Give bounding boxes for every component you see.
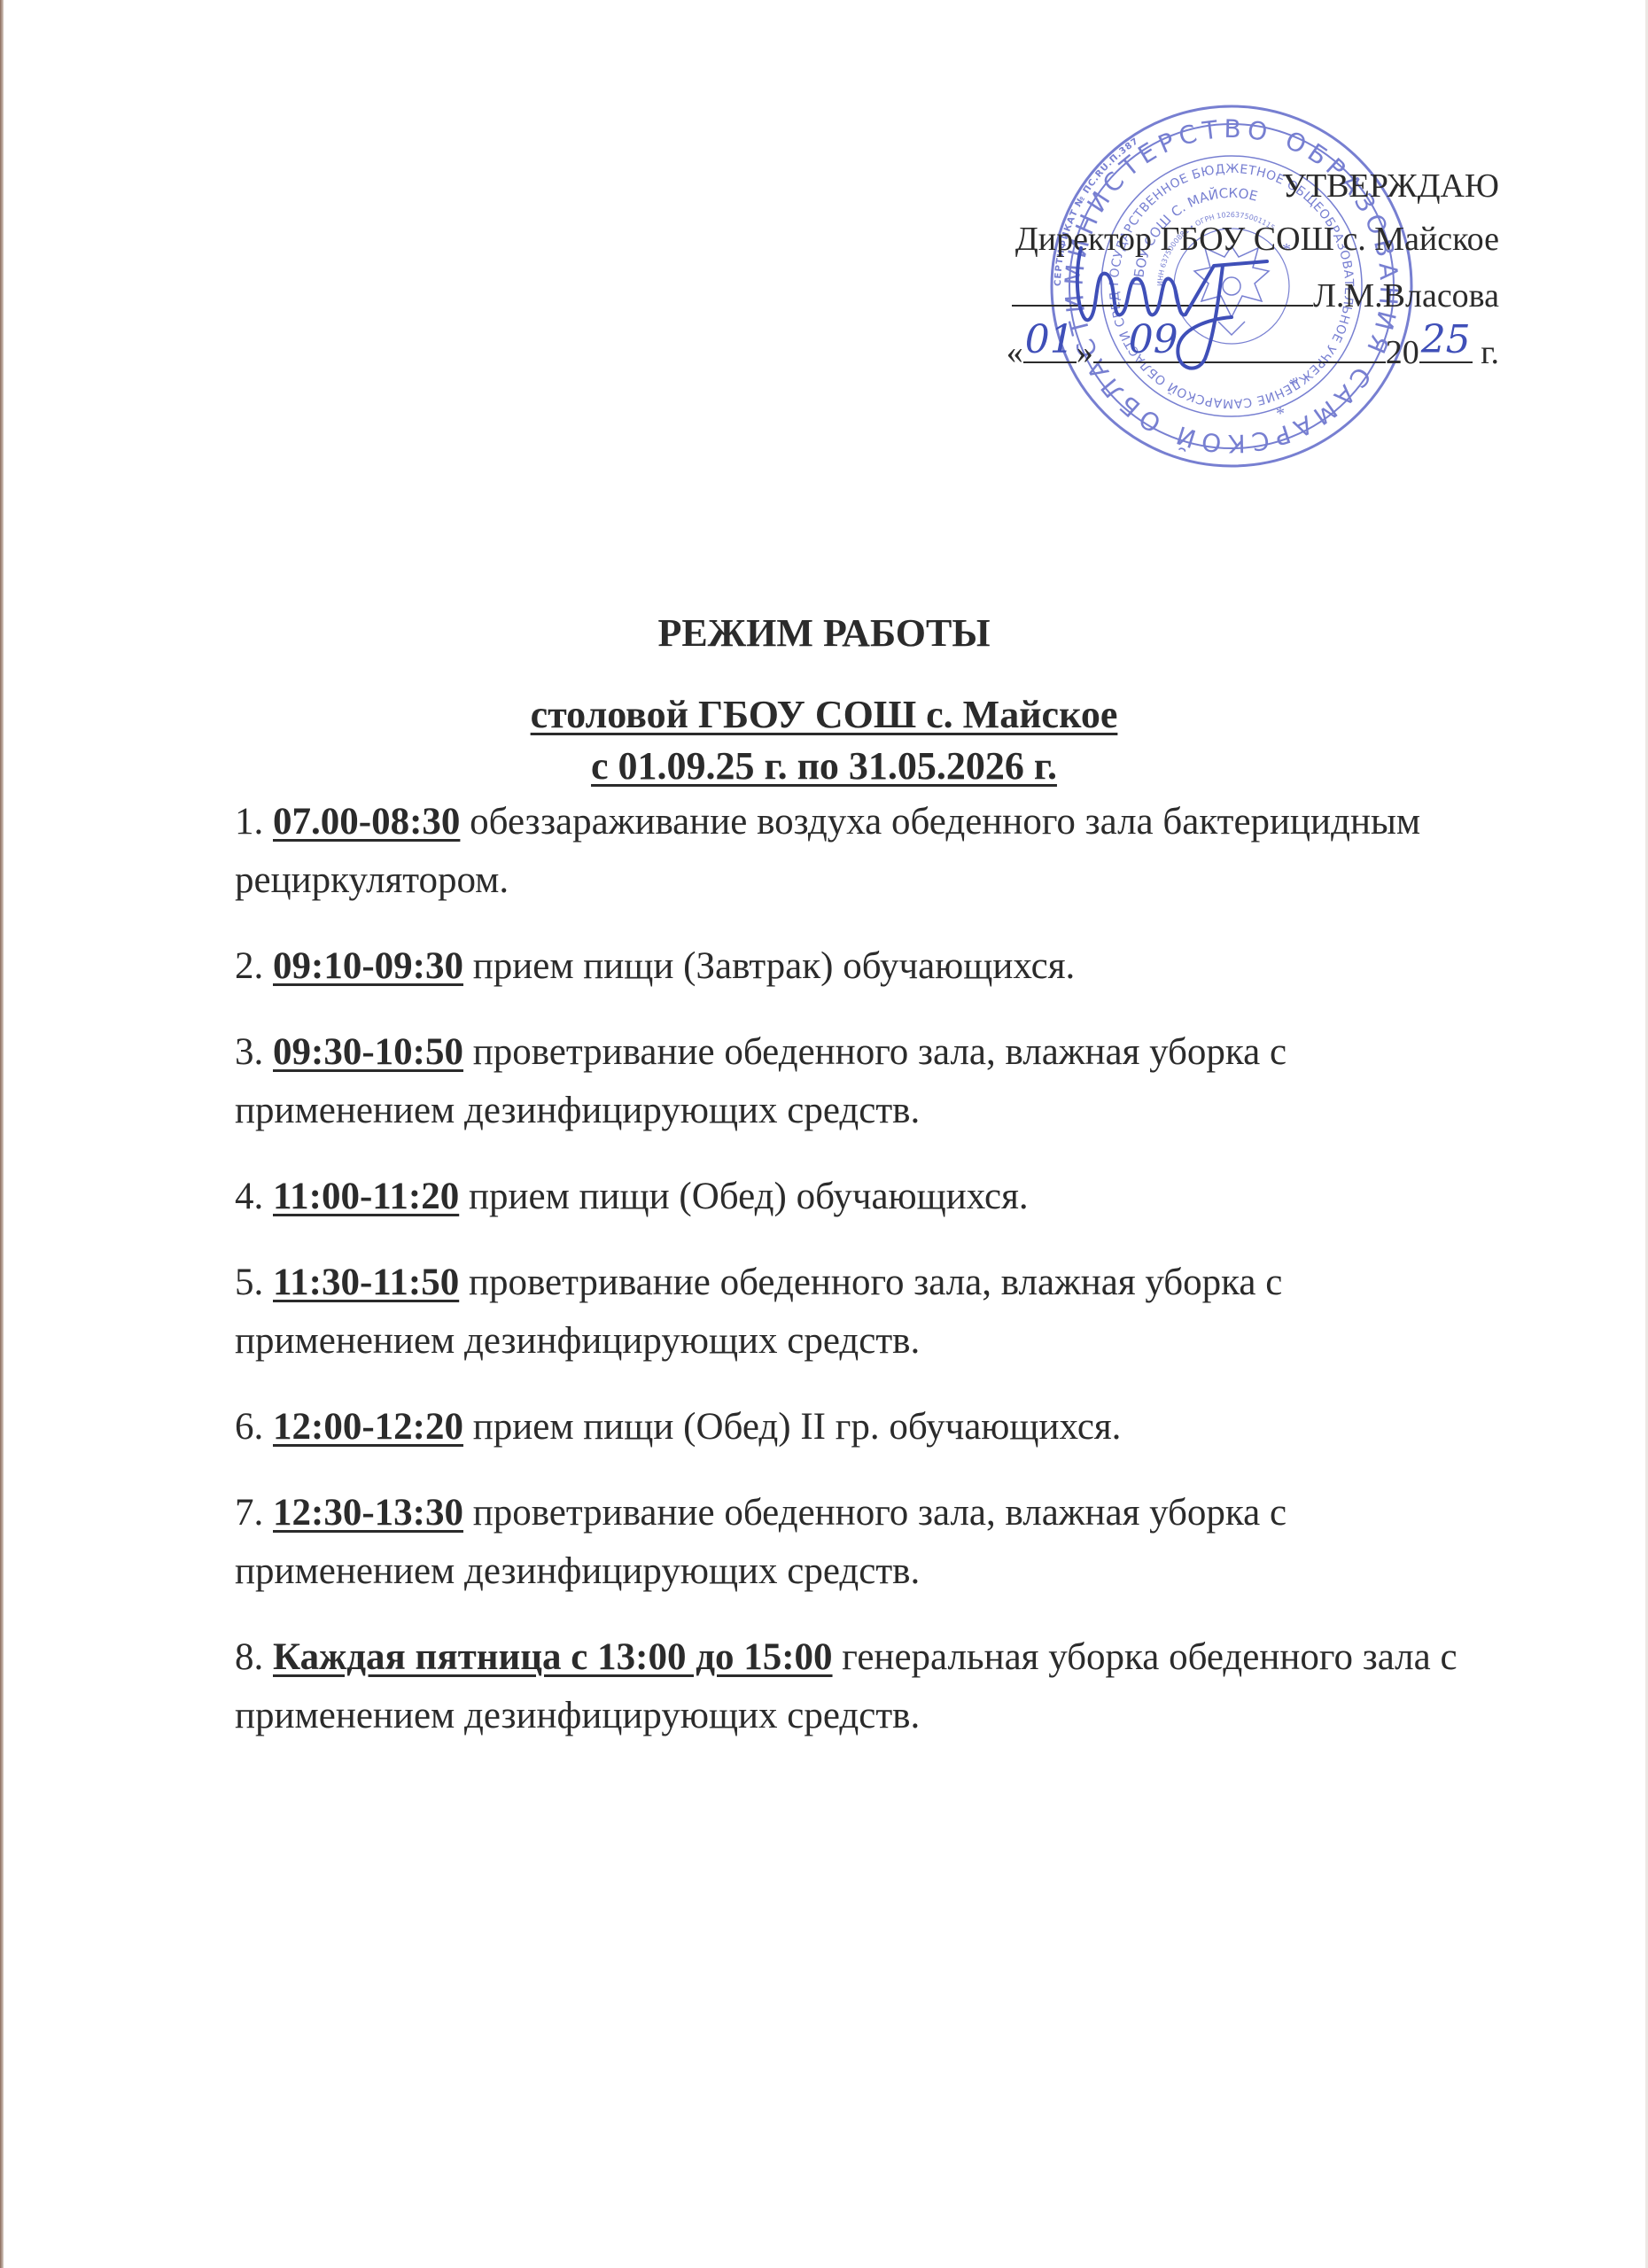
schedule-list: 1. 07.00-08:30 обеззараживание воздуха о… [235,793,1475,1773]
item-number: 3. [235,1031,263,1073]
item-number: 8. [235,1636,263,1678]
document-title: РЕЖИМ РАБОТЫ [0,611,1648,656]
date-year-prefix: 20 [1386,334,1419,371]
signer-name: Л.М.Власова [1313,277,1499,315]
date-year-unit: г. [1481,334,1499,371]
item-time: 11:00-11:20 [273,1176,459,1217]
schedule-item: 2. 09:10-09:30 прием пищи (Завтрак) обуч… [235,937,1475,996]
item-description: прием пищи (Обед) II гр. обучающихся. [473,1406,1122,1448]
item-number: 5. [235,1262,263,1303]
schedule-item: 5. 11:30-11:50 проветривание обеденного … [235,1254,1475,1371]
item-time: 09:30-10:50 [273,1031,463,1073]
svg-text:*: * [1276,404,1285,423]
item-time: 11:30-11:50 [273,1262,459,1303]
date-open-quote: « [1007,334,1023,371]
item-number: 2. [235,945,263,987]
item-time: Каждая пятница с 13:00 до 15:00 [273,1636,833,1678]
schedule-item: 8. Каждая пятница с 13:00 до 15:00 генер… [235,1628,1475,1745]
subtitle-line-2: с 01.09.25 г. по 31.05.2026 г. [591,744,1057,788]
document-subtitle: столовой ГБОУ СОШ с. Майское с 01.09.25 … [0,689,1648,792]
item-number: 6. [235,1406,263,1448]
schedule-item: 7. 12:30-13:30 проветривание обеденного … [235,1484,1475,1601]
director-signature [1063,213,1294,390]
item-number: 1. [235,801,263,843]
item-time: 12:30-13:30 [273,1492,463,1534]
item-number: 4. [235,1176,263,1217]
subtitle-line-1: столовой ГБОУ СОШ с. Майское [531,693,1118,736]
item-time: 07.00-08:30 [273,801,460,843]
date-year-suffix: 25 [1419,319,1473,361]
date-year-blank: 25 [1419,322,1473,363]
schedule-item: 4. 11:00-11:20 прием пищи (Обед) обучающ… [235,1168,1475,1226]
schedule-item: 3. 09:30-10:50 проветривание обеденного … [235,1023,1475,1140]
scan-edge [0,0,4,2268]
item-number: 7. [235,1492,263,1534]
approval-heading: УТВЕРЖДАЮ [1007,159,1499,213]
item-description: прием пищи (Завтрак) обучающихся. [473,945,1076,987]
item-description: прием пищи (Обед) обучающихся. [469,1176,1029,1217]
schedule-item: 6. 12:00-12:20 прием пищи (Обед) II гр. … [235,1398,1475,1456]
item-time: 12:00-12:20 [273,1406,463,1448]
schedule-item: 1. 07.00-08:30 обеззараживание воздуха о… [235,793,1475,910]
item-time: 09:10-09:30 [273,945,463,987]
